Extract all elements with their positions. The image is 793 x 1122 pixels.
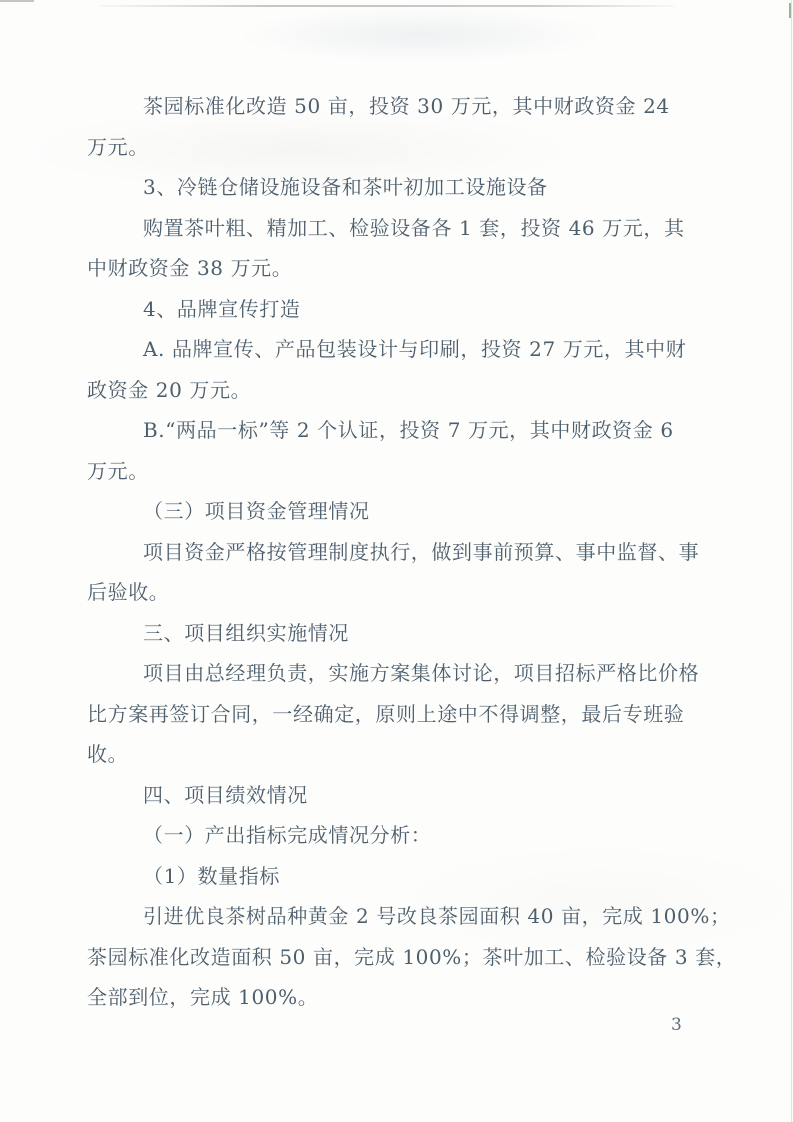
text-line: 茶园标准化改造 50 亩，投资 30 万元，其中财政资金 24 — [87, 86, 747, 127]
text-line: 万元。 — [87, 451, 747, 492]
text-line: 比方案再签订合同，一经确定，原则上途中不得调整，最后专班验 — [87, 694, 747, 735]
text-line: 全部到位，完成 100%。 — [87, 977, 747, 1018]
scan-artifact-right-edge — [791, 0, 792, 1122]
text-line: 收。 — [87, 734, 747, 775]
page-number: 3 — [671, 1012, 682, 1038]
text-line: 项目资金严格按管理制度执行，做到事前预算、事中监督、事 — [87, 532, 747, 573]
document-body: 茶园标准化改造 50 亩，投资 30 万元，其中财政资金 24 万元。 3、冷链… — [87, 86, 747, 1018]
text-line: 万元。 — [87, 127, 747, 168]
text-line: 中财政资金 38 万元。 — [87, 248, 747, 289]
text-line: A. 品牌宣传、产品包装设计与印刷，投资 27 万元，其中财 — [87, 329, 747, 370]
text-line: 茶园标准化改造面积 50 亩，完成 100%；茶叶加工、检验设备 3 套， — [87, 937, 747, 978]
text-line-heading: （1）数量指标 — [87, 856, 747, 897]
text-line: B.“两品一标”等 2 个认证，投资 7 万元，其中财政资金 6 — [87, 410, 747, 451]
text-line-heading: 3、冷链仓储设施设备和茶叶初加工设施设备 — [87, 167, 747, 208]
text-line-heading: 4、品牌宣传打造 — [87, 289, 747, 330]
text-line-heading: （三）项目资金管理情况 — [87, 491, 747, 532]
text-line: 项目由总经理负责，实施方案集体讨论，项目招标严格比价格 — [87, 653, 747, 694]
scan-artifact-top-left — [0, 0, 34, 2]
text-line-heading: （一）产出指标完成情况分析： — [87, 815, 747, 856]
text-line: 政资金 20 万元。 — [87, 370, 747, 411]
text-line: 引进优良茶树品种黄金 2 号改良茶园面积 40 亩，完成 100%； — [87, 896, 747, 937]
text-line-heading: 三、项目组织实施情况 — [87, 613, 747, 654]
scan-artifact-top-line — [100, 5, 675, 7]
scanned-document-page: 茶园标准化改造 50 亩，投资 30 万元，其中财政资金 24 万元。 3、冷链… — [0, 0, 793, 1122]
text-line: 购置茶叶粗、精加工、检验设备各 1 套，投资 46 万元，其 — [87, 208, 747, 249]
text-line-heading: 四、项目绩效情况 — [87, 775, 747, 816]
text-line: 后验收。 — [87, 572, 747, 613]
